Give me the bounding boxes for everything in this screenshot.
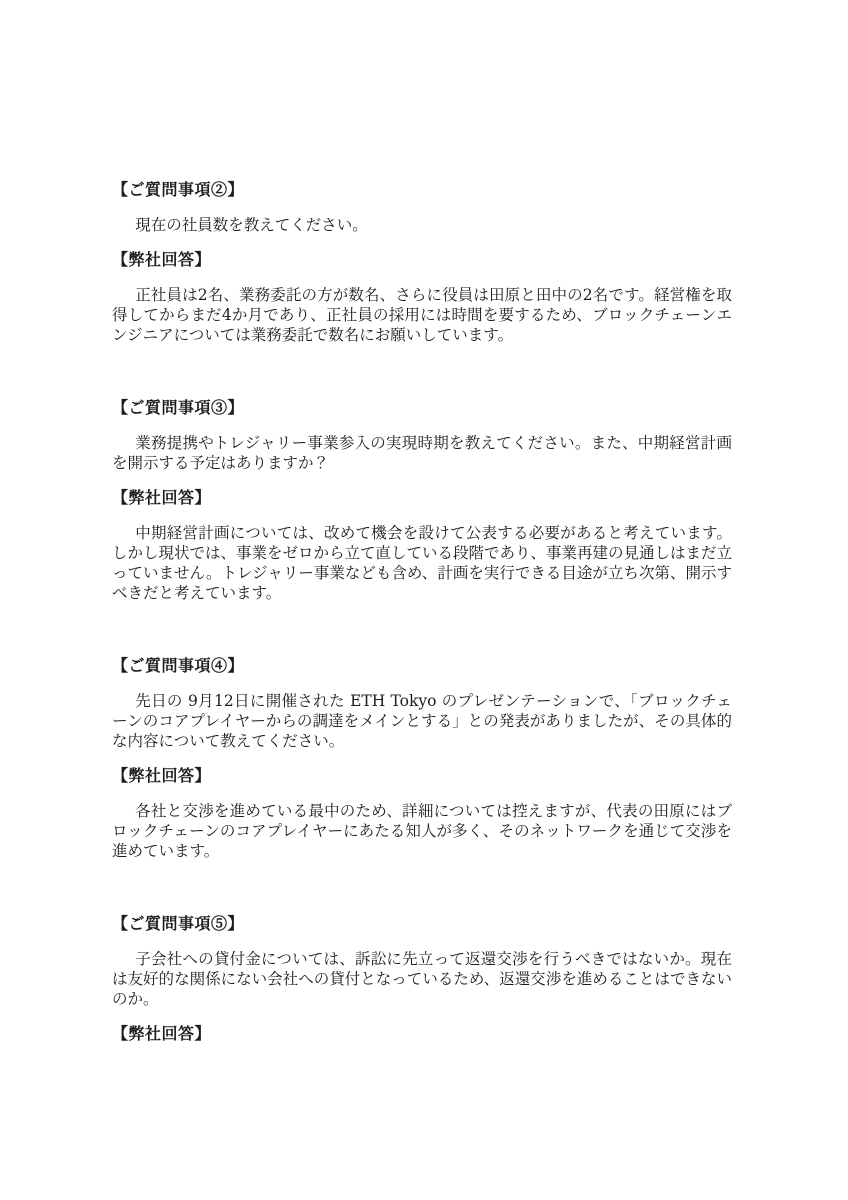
answer-text: 中期経営計画については、改めて機会を設けて公表する必要があると考えています。しか… [112,523,732,603]
answer-text: 各社と交渉を進めている最中のため、詳細については控えますが、代表の田原にはブロッ… [112,801,732,861]
question-text: 業務提携やトレジャリー事業参入の実現時期を教えてください。また、中期経営計画を開… [112,433,732,473]
qa-section-2: 【ご質問事項②】 現在の社員数を教えてください。 【弊社回答】 正社員は2名、業… [112,180,732,345]
qa-section-5: 【ご質問事項⑤】 子会社への貸付金については、訴訟に先立って返還交渉を行うべきで… [112,914,732,1044]
qa-section-4: 【ご質問事項④】 先日の 9月12日に開催された ETH Tokyo のプレゼン… [112,656,732,861]
question-text: 先日の 9月12日に開催された ETH Tokyo のプレゼンテーションで、「ブ… [112,691,732,751]
question-header: 【ご質問事項⑤】 [112,914,732,934]
question-text: 子会社への貸付金については、訴訟に先立って返還交渉を行うべきではないか。現在は友… [112,949,732,1009]
answer-header: 【弊社回答】 [112,1024,732,1044]
question-text: 現在の社員数を教えてください。 [112,215,732,235]
answer-text: 正社員は2名、業務委託の方が数名、さらに役員は田原と田中の2名です。経営権を取得… [112,285,732,345]
answer-header: 【弊社回答】 [112,488,732,508]
question-header: 【ご質問事項③】 [112,398,732,418]
document-page: 【ご質問事項②】 現在の社員数を教えてください。 【弊社回答】 正社員は2名、業… [0,0,848,1200]
question-header: 【ご質問事項④】 [112,656,732,676]
answer-header: 【弊社回答】 [112,250,732,270]
question-header: 【ご質問事項②】 [112,180,732,200]
qa-section-3: 【ご質問事項③】 業務提携やトレジャリー事業参入の実現時期を教えてください。また… [112,398,732,603]
document-content: 【ご質問事項②】 現在の社員数を教えてください。 【弊社回答】 正社員は2名、業… [112,180,732,1044]
answer-header: 【弊社回答】 [112,766,732,786]
